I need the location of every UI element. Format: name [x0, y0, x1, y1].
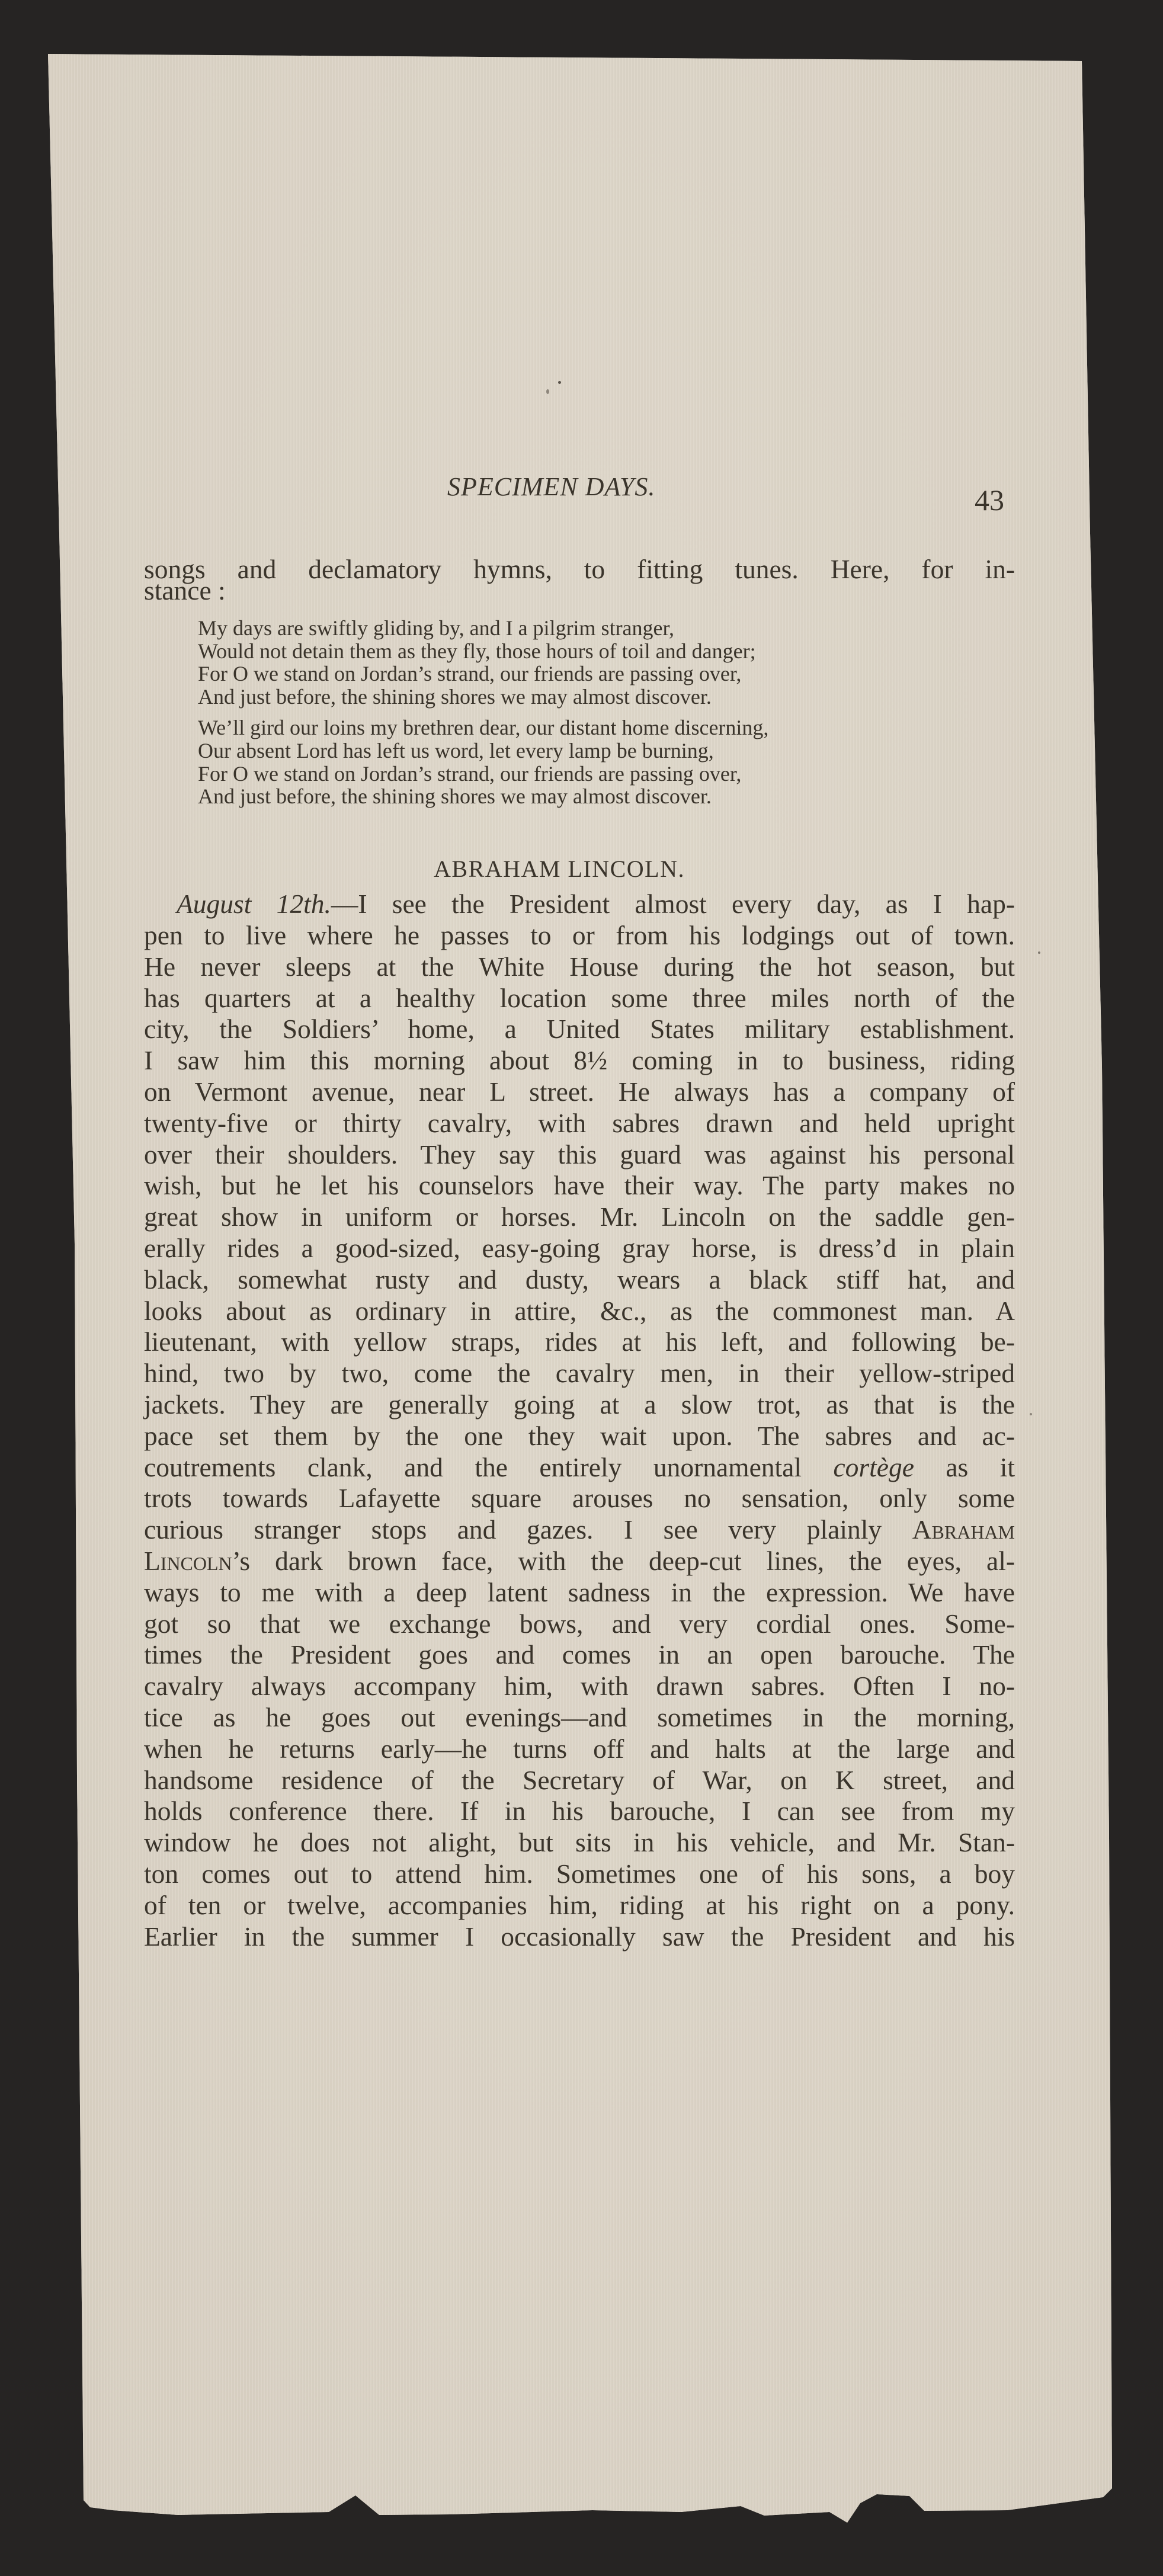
text-line: looks about as ordinary in attire, &c., …	[144, 1296, 1015, 1327]
text-line: I saw him this morning about 8½ coming i…	[144, 1045, 1015, 1076]
text-line: city, the Soldiers’ home, a United State…	[144, 1014, 1015, 1045]
text-line: pen to live where he passes to or from h…	[144, 920, 1015, 951]
text-line: on Vermont avenue, near L street. He alw…	[144, 1076, 1015, 1107]
text-line: lieutenant, with yellow straps, rides at…	[144, 1327, 1015, 1357]
verse-line: Our absent Lord has left us word, let ev…	[198, 739, 714, 762]
text-line: when he returns early—he turns off and h…	[144, 1734, 1015, 1764]
text-line: He never sleeps at the White House durin…	[144, 951, 1015, 982]
page-number: 43	[975, 483, 1004, 517]
verse-line: For O we stand on Jordan’s strand, our f…	[198, 762, 741, 785]
entry-date: August 12th.	[177, 889, 331, 919]
text-line: handsome residence of the Secretary of W…	[144, 1765, 1015, 1796]
verse-line: My days are swiftly gliding by, and I a …	[198, 617, 674, 639]
text-line-abraham: curious stranger stops and gazes. I see …	[144, 1514, 1015, 1545]
running-head: SPECIMEN DAYS.	[447, 472, 655, 502]
text-line-lincoln: Lincoln’s dark brown face, with the deep…	[144, 1546, 1015, 1577]
italic-word: cortège	[833, 1452, 914, 1482]
text-line: got so that we exchange bows, and very c…	[144, 1609, 1015, 1639]
verse-line: And just before, the shining shores we m…	[198, 685, 712, 708]
text-line: over their shoulders. They say this guar…	[144, 1139, 1015, 1170]
small-caps-name: Abraham	[912, 1514, 1015, 1545]
paper-speck	[546, 389, 549, 394]
text-line: erally rides a good-sized, easy-going gr…	[144, 1233, 1015, 1264]
verse-line: And just before, the shining shores we m…	[198, 785, 712, 808]
text-line: great show in uniform or horses. Mr. Lin…	[144, 1202, 1015, 1232]
text-line: stance :	[144, 575, 1015, 606]
text-line: of ten or twelve, accompanies him, ridin…	[144, 1890, 1015, 1921]
paper-speck	[1038, 951, 1040, 954]
text-line: twenty-five or thirty cavalry, with sabr…	[144, 1108, 1015, 1139]
section-title: ABRAHAM LINCOLN.	[434, 855, 685, 883]
text-line: holds conference there. If in his barouc…	[144, 1796, 1015, 1827]
text-fragment: curious stranger stops and gazes. I see …	[144, 1514, 882, 1545]
verse-line: We’ll gird our loins my brethren dear, o…	[198, 716, 768, 739]
text-line: cavalry always accompany him, with drawn…	[144, 1671, 1015, 1702]
text-line: has quarters at a healthy location some …	[144, 983, 1015, 1014]
text-line: times the President goes and comes in an…	[144, 1639, 1015, 1670]
text-line: ton comes out to attend him. Sometimes o…	[144, 1859, 1015, 1889]
text-fragment: as it	[914, 1452, 1015, 1482]
text-line: trots towards Lafayette square arouses n…	[144, 1483, 1015, 1514]
text-line: ways to me with a deep latent sadness in…	[144, 1577, 1015, 1608]
text-fragment: ’s dark brown face, with the deep-cut li…	[232, 1546, 1015, 1576]
verse-line: For O we stand on Jordan’s strand, our f…	[198, 662, 741, 685]
text-line: Earlier in the summer I occasionally saw…	[144, 1921, 1015, 1952]
text-line: pace set them by the one they wait upon.…	[144, 1421, 1015, 1452]
text-line: wish, but he let his counselors have the…	[144, 1170, 1015, 1201]
verse-line: Would not detain them as they fly, those…	[198, 640, 756, 662]
text-line: hind, two by two, come the cavalry men, …	[144, 1358, 1015, 1389]
small-caps-name: Lincoln	[144, 1546, 232, 1576]
paper-speck	[558, 381, 561, 384]
text-fragment: —I see the President almost every day, a…	[331, 889, 1015, 919]
text-line-cortege: coutrements clank, and the entirely unor…	[144, 1452, 1015, 1483]
text-line-dated: August 12th.—I see the President almost …	[177, 889, 1015, 919]
text-line: black, somewhat rusty and dusty, wears a…	[144, 1264, 1015, 1295]
text-fragment: coutrements clank, and the entirely unor…	[144, 1452, 802, 1482]
paper-speck	[1030, 1413, 1032, 1415]
text-line: window he does not alight, but sits in h…	[144, 1827, 1015, 1858]
text-line: tice as he goes out evenings—and sometim…	[144, 1702, 1015, 1733]
text-line: jackets. They are generally going at a s…	[144, 1389, 1015, 1420]
